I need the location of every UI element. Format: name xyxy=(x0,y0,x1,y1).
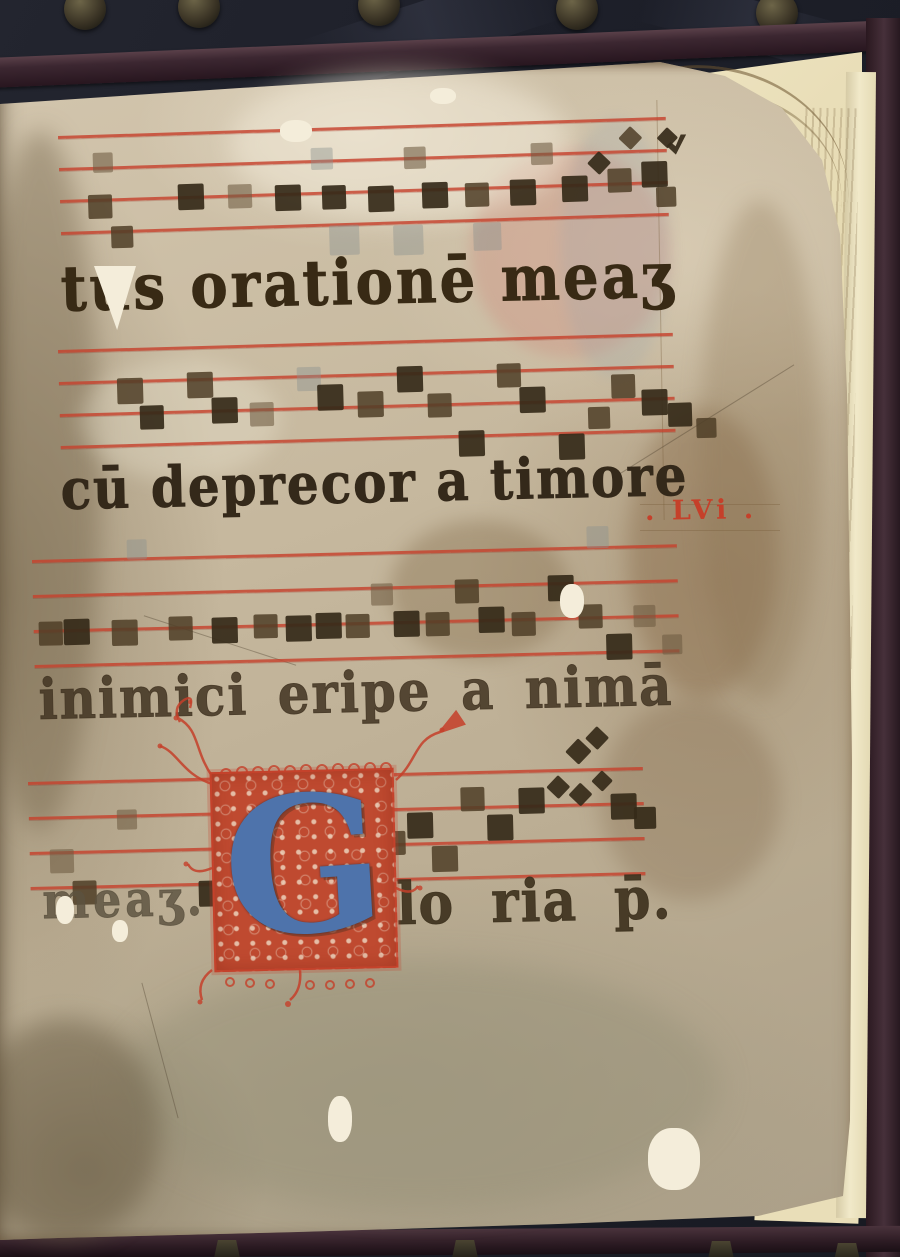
neume xyxy=(518,787,545,814)
music-staff xyxy=(58,117,669,240)
neume xyxy=(357,391,384,418)
neume xyxy=(397,366,424,393)
neume xyxy=(50,849,75,874)
neume xyxy=(422,182,449,209)
paint-loss xyxy=(560,584,584,618)
staff-line xyxy=(59,365,674,385)
neume xyxy=(117,378,144,405)
neume xyxy=(187,372,214,399)
neume xyxy=(586,526,609,549)
illuminated-initial-frame: G xyxy=(210,768,399,972)
neume xyxy=(253,614,278,639)
manuscript-photo: tus orationē meaʒ cū deprecor a timore .… xyxy=(0,0,900,1257)
neume xyxy=(63,619,90,646)
neume xyxy=(140,405,165,430)
neume xyxy=(322,185,347,210)
neume xyxy=(315,612,342,639)
metal-foot xyxy=(214,1240,240,1257)
neume xyxy=(487,814,514,841)
neume xyxy=(250,402,275,427)
neume xyxy=(275,184,302,211)
neume xyxy=(455,579,480,604)
metal-boss xyxy=(556,0,598,30)
neume xyxy=(618,126,642,150)
neume xyxy=(696,418,717,439)
paint-loss xyxy=(430,88,456,104)
neume xyxy=(510,179,537,206)
neume xyxy=(591,770,613,792)
neume xyxy=(641,161,668,188)
metal-foot xyxy=(452,1240,478,1257)
neume xyxy=(465,182,490,207)
music-staff xyxy=(58,333,676,454)
neume xyxy=(88,194,113,219)
neume xyxy=(427,393,452,418)
illuminated-initial-g: G xyxy=(218,768,389,965)
ruling-line xyxy=(640,530,780,531)
stain xyxy=(700,200,820,700)
neume xyxy=(588,407,611,430)
neume xyxy=(497,363,522,388)
metal-foot xyxy=(834,1243,860,1257)
neume xyxy=(478,606,505,633)
neume xyxy=(393,611,420,638)
neume xyxy=(39,621,64,646)
neume xyxy=(371,583,394,606)
neume xyxy=(425,612,450,637)
paint-loss xyxy=(280,120,312,142)
neume xyxy=(656,187,677,208)
neume xyxy=(530,142,553,165)
metal-boss xyxy=(178,0,220,28)
neume xyxy=(228,184,253,209)
metal-boss xyxy=(64,0,106,30)
neume xyxy=(311,147,334,170)
folio-number: . LVi . xyxy=(645,494,758,527)
neume xyxy=(211,617,238,644)
neume xyxy=(562,175,589,202)
neume xyxy=(345,614,370,639)
neume xyxy=(117,809,137,829)
neume xyxy=(317,384,344,411)
neume xyxy=(93,152,114,173)
paint-loss xyxy=(112,920,128,942)
neume xyxy=(111,226,134,249)
neume xyxy=(633,605,656,628)
neume xyxy=(519,386,546,413)
neume xyxy=(511,612,536,637)
neume xyxy=(634,807,657,830)
neume xyxy=(127,539,147,559)
neume xyxy=(285,615,312,642)
neume xyxy=(641,389,668,416)
neume xyxy=(611,374,636,399)
paint-loss xyxy=(328,1096,352,1142)
paint-loss xyxy=(56,896,74,924)
metal-foot xyxy=(708,1241,734,1257)
neume xyxy=(404,146,427,169)
neume xyxy=(607,168,632,193)
neume xyxy=(668,402,693,427)
paint-loss xyxy=(648,1128,700,1190)
neume xyxy=(178,183,205,210)
neume xyxy=(368,185,395,212)
neume xyxy=(546,775,570,799)
neume xyxy=(168,616,193,641)
neume xyxy=(211,397,238,424)
chant-text-line-1: tus orationē meaʒ xyxy=(60,244,676,321)
staff-line xyxy=(59,149,667,171)
neume xyxy=(111,619,138,646)
chant-text-line-2: cū deprecor a timore xyxy=(60,448,689,518)
